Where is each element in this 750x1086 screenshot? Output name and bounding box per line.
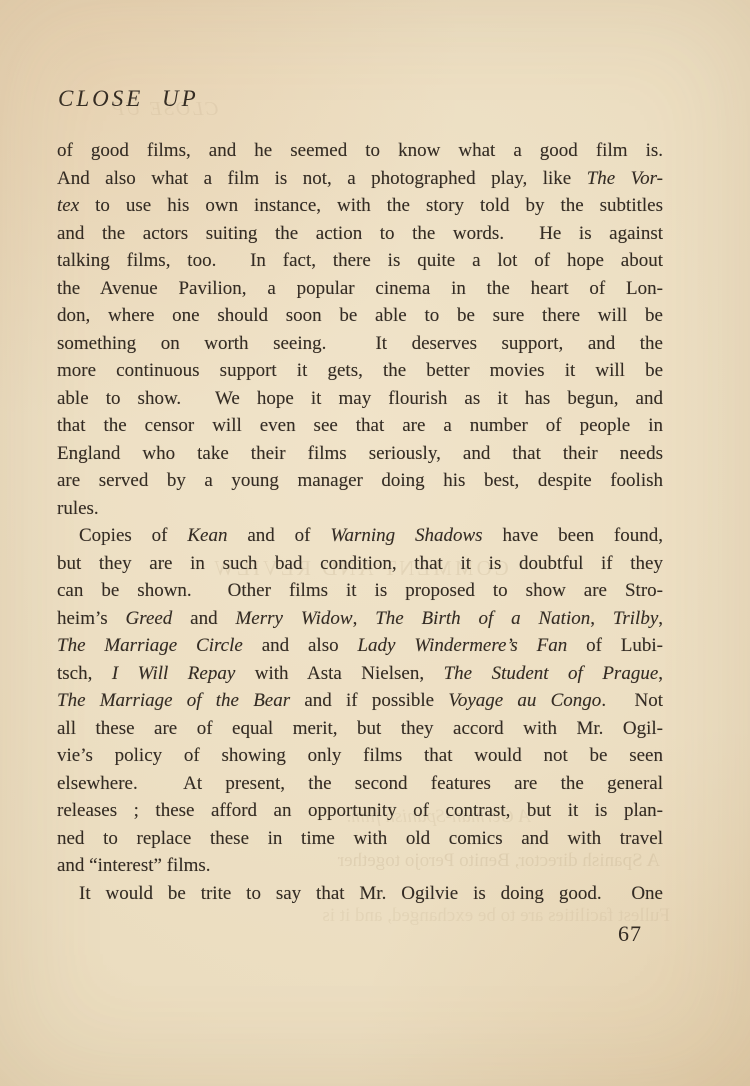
text-run: and of [227, 525, 330, 546]
text-line: and the actors suiting the action to the… [57, 220, 663, 248]
text-run: have been found, [483, 525, 663, 546]
text-run: to use his own instance, with the story … [79, 195, 663, 216]
text-run: It would be trite to say that Mr. Ogilvi… [79, 883, 663, 904]
text-run: and the actors suiting the action to the… [57, 223, 663, 244]
text-line: ned to replace these in time with old co… [57, 825, 663, 853]
text-line: The Marriage of the Bear and if possible… [57, 687, 663, 715]
text-run: are served by a young manager doing his … [57, 470, 663, 491]
text-line: something on worth seeing. It deserves s… [57, 330, 663, 358]
text-run: something on worth seeing. It deserves s… [57, 333, 663, 354]
text-run: , [353, 608, 376, 629]
text-run: and if possible [290, 690, 448, 711]
text-line: all these are of equal merit, but they a… [57, 715, 663, 743]
running-head: CLOSE UP [58, 86, 199, 112]
text-line: tex to use his own instance, with the st… [57, 192, 663, 220]
text-line: elsewhere. At present, the second featur… [57, 770, 663, 798]
text-run: but they are in such bad condition, that… [57, 553, 663, 574]
film-title-italic: Greed [126, 608, 173, 629]
text-line: Copies of Kean and of Warning Shadows ha… [57, 522, 663, 550]
text-run: , [590, 608, 613, 629]
text-run: with Asta Nielsen, [235, 663, 443, 684]
film-title-italic: Kean [187, 525, 227, 546]
text-run: and [172, 608, 235, 629]
film-title-italic: The Marriage Circle [57, 635, 243, 656]
text-line: heim’s Greed and Merry Widow, The Birth … [57, 605, 663, 633]
text-run: tsch, [57, 663, 112, 684]
text-line: are served by a young manager doing his … [57, 467, 663, 495]
text-line: and “interest” films. [57, 852, 663, 880]
film-title-italic: Lady Windermere’s Fan [357, 635, 567, 656]
text-line: that the censor will even see that are a… [57, 412, 663, 440]
text-run: able to show. We hope it may flourish as… [57, 388, 663, 409]
text-run: Copies of [79, 525, 187, 546]
scanned-book-page: CLOSE UPCOMMENT AND REVIEWA German-Spani… [0, 0, 750, 1086]
text-run: all these are of equal merit, but they a… [57, 718, 663, 739]
text-line: able to show. We hope it may flourish as… [57, 385, 663, 413]
film-title-italic: I Will Repay [112, 663, 235, 684]
text-run: and “interest” films. [57, 855, 211, 876]
text-run: rules. [57, 498, 99, 519]
text-line: rules. [57, 495, 663, 523]
film-title-italic: The Marriage of the Bear [57, 690, 290, 711]
text-run: and also [243, 635, 358, 656]
film-title-italic: Warning Shadows [330, 525, 482, 546]
text-run: elsewhere. At present, the second featur… [57, 773, 663, 794]
text-line: England who take their films seriously, … [57, 440, 663, 468]
film-title-italic: tex [57, 195, 79, 216]
text-line: releases ; these afford an opportunity o… [57, 797, 663, 825]
film-title-italic: Voyage au Congo [448, 690, 601, 711]
text-line: the Avenue Pavilion, a popular cinema in… [57, 275, 663, 303]
text-line: more continuous support it gets, the bet… [57, 357, 663, 385]
text-line: of good films, and he seemed to know wha… [57, 137, 663, 165]
text-run: . Not [601, 690, 663, 711]
text-run: releases ; these afford an opportunity o… [57, 800, 663, 821]
text-line: don, where one should soon be able to be… [57, 302, 663, 330]
text-line: tsch, I Will Repay with Asta Nielsen, Th… [57, 660, 663, 688]
text-run: vie’s policy of showing only films that … [57, 745, 663, 766]
page-number: 67 [618, 921, 642, 947]
text-line: The Marriage Circle and also Lady Winder… [57, 632, 663, 660]
text-run: heim’s [57, 608, 126, 629]
text-run: that the censor will even see that are a… [57, 415, 663, 436]
text-line: but they are in such bad condition, that… [57, 550, 663, 578]
film-title-italic: Merry Widow [235, 608, 352, 629]
text-line: can be shown. Other films it is proposed… [57, 577, 663, 605]
text-line: talking films, too. In fact, there is qu… [57, 247, 663, 275]
text-run: ned to replace these in time with old co… [57, 828, 663, 849]
text-run: , [658, 663, 663, 684]
text-run: don, where one should soon be able to be… [57, 305, 663, 326]
text-run: talking films, too. In fact, there is qu… [57, 250, 663, 271]
text-run: of good films, and he seemed to know wha… [57, 140, 663, 161]
film-title-italic: Trilby [613, 608, 658, 629]
text-run: more continuous support it gets, the bet… [57, 360, 663, 381]
text-run: , [658, 608, 663, 629]
text-run: England who take their films seriously, … [57, 443, 663, 464]
text-run: And also what a film is not, a photograp… [57, 168, 587, 189]
film-title-italic: The Student of Prague [444, 663, 659, 684]
film-title-italic: The Vor- [587, 168, 663, 189]
body-text: of good films, and he seemed to know wha… [57, 137, 663, 907]
text-line: It would be trite to say that Mr. Ogilvi… [57, 880, 663, 908]
text-run: the Avenue Pavilion, a popular cinema in… [57, 278, 663, 299]
film-title-italic: The Birth of a Nation [375, 608, 590, 629]
text-run: of Lubi- [567, 635, 663, 656]
text-run: can be shown. Other films it is proposed… [57, 580, 663, 601]
text-line: vie’s policy of showing only films that … [57, 742, 663, 770]
show-through-text: Fullest facilities are to be exchanged, … [80, 905, 670, 927]
text-line: And also what a film is not, a photograp… [57, 165, 663, 193]
